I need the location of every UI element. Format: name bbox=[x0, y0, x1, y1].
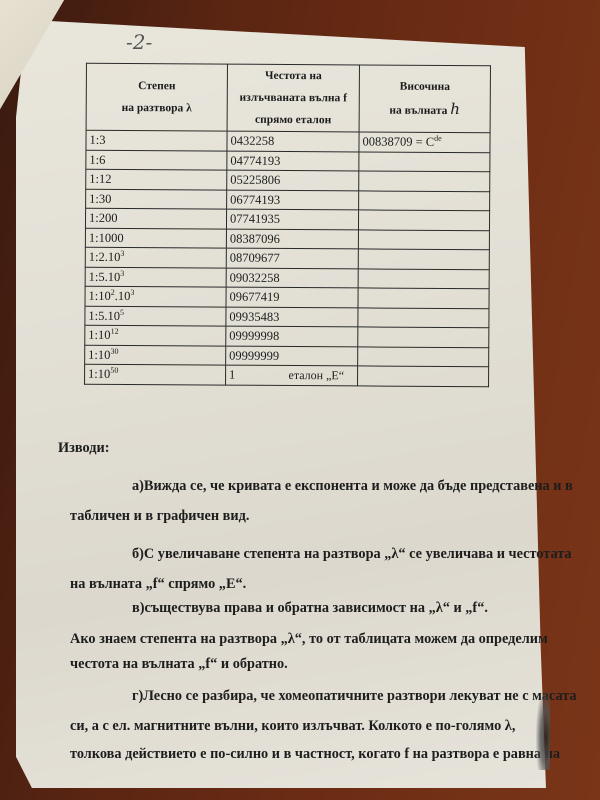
table-row: 1:604774193 bbox=[86, 150, 490, 172]
wave-height-cell bbox=[358, 307, 489, 327]
header-line: Височина bbox=[363, 75, 487, 98]
frequency-cell: 07741935 bbox=[226, 209, 358, 229]
stage-text: 1:3 bbox=[89, 133, 105, 147]
table-row: 1:3006774193 bbox=[86, 189, 490, 211]
frequency-value: 05225806 bbox=[230, 173, 280, 187]
frequency-value: 09999998 bbox=[229, 329, 279, 343]
dilution-stage-cell: 1:5.105 bbox=[85, 306, 226, 326]
table-row: 1:100008387096 bbox=[85, 228, 489, 250]
conclusion-line: а)Вижда се, че кривата е експонента и мо… bbox=[132, 478, 573, 495]
frequency-cell: 0432258 bbox=[227, 131, 359, 151]
header-text: на вълната bbox=[389, 105, 447, 117]
frequency-cell: 09999998 bbox=[226, 326, 358, 346]
frequency-value: 07741935 bbox=[230, 212, 280, 226]
frequency-cell: 06774193 bbox=[227, 190, 359, 210]
stage-text: 1:12 bbox=[89, 172, 111, 186]
stage-exponent: 30 bbox=[110, 346, 118, 355]
frequency-cell: 08387096 bbox=[226, 229, 358, 249]
table-row: 1:10501еталон „E“ bbox=[85, 364, 489, 386]
header-line: спрямо еталон bbox=[231, 109, 356, 132]
header-line: излъчваната вълна f bbox=[231, 87, 356, 110]
frequency-cell: 09032258 bbox=[226, 268, 358, 288]
dilution-stage-cell: 1:2.103 bbox=[85, 247, 226, 267]
wave-height-cell bbox=[358, 327, 489, 347]
table-row: 1:102.10309677419 bbox=[85, 286, 489, 308]
table-row: 1:1205225806 bbox=[86, 169, 490, 191]
stage-exponent: 50 bbox=[110, 366, 118, 375]
conclusion-line: б)С увеличаване степента на разтвора „λ“… bbox=[132, 546, 572, 563]
etalon-note: еталон „E“ bbox=[288, 366, 344, 384]
table-row: 1:101209999998 bbox=[85, 325, 489, 347]
frequency-cell: 09935483 bbox=[226, 307, 358, 327]
dilution-stage-cell: 1:6 bbox=[86, 150, 227, 170]
frequency-cell: 04774193 bbox=[227, 151, 359, 171]
dilution-stage-cell: 1:1030 bbox=[85, 345, 226, 365]
dilution-stage-cell: 1:1012 bbox=[85, 325, 226, 345]
stage-suffix-exponent: 3 bbox=[130, 288, 134, 297]
wave-height-cell bbox=[359, 190, 490, 210]
wave-height-cell bbox=[358, 346, 489, 366]
conclusion-line: табличен и в графичен вид. bbox=[70, 508, 249, 525]
dilution-frequency-table: Степен на разтвора λ Честота на излъчван… bbox=[84, 63, 491, 387]
wave-height-cell bbox=[358, 249, 489, 269]
stage-suffix: .10 bbox=[115, 289, 131, 303]
stage-text: 1:10 bbox=[88, 347, 110, 361]
stage-text: 1:2.10 bbox=[89, 250, 121, 264]
frequency-value: 09677419 bbox=[230, 290, 280, 304]
dilution-stage-cell: 1:30 bbox=[86, 189, 227, 209]
table-row: 1:5.10509935483 bbox=[85, 306, 489, 328]
frequency-value: 09032258 bbox=[230, 270, 280, 284]
frequency-value: 04774193 bbox=[230, 153, 280, 167]
stage-exponent: 5 bbox=[120, 307, 124, 316]
stage-text: 1:1000 bbox=[89, 230, 124, 244]
stage-text: 1:5.10 bbox=[89, 269, 121, 283]
table-row: 1:20007741935 bbox=[85, 208, 489, 230]
stage-exponent: 3 bbox=[120, 268, 124, 277]
frequency-value: 08709677 bbox=[230, 251, 280, 265]
header-frequency: Честота на излъчваната вълна f спрямо ет… bbox=[227, 64, 359, 132]
conclusion-line: в)съществува права и обратна зависимост … bbox=[132, 600, 488, 617]
frequency-value: 09999999 bbox=[229, 348, 279, 362]
header-line: Степен bbox=[90, 75, 224, 98]
stage-text: 1:10 bbox=[89, 289, 111, 303]
wave-height-exponent: de bbox=[434, 134, 442, 143]
dilution-stage-cell: 1:5.103 bbox=[85, 267, 226, 287]
stage-text: 1:30 bbox=[89, 191, 111, 205]
handwritten-height-symbol: h bbox=[450, 100, 460, 118]
wave-height-cell bbox=[359, 171, 490, 191]
frequency-cell: 1еталон „E“ bbox=[226, 365, 358, 385]
frequency-value: 0432258 bbox=[230, 134, 274, 148]
wave-height-cell bbox=[358, 268, 489, 288]
frequency-value: 1 bbox=[229, 368, 235, 382]
stage-text: 1:10 bbox=[88, 367, 110, 381]
stage-text: 1:200 bbox=[89, 211, 118, 225]
header-line: на разтвора λ bbox=[90, 97, 224, 120]
table-row: 1:103009999999 bbox=[85, 345, 489, 367]
header-dilution-stage: Степен на разтвора λ bbox=[86, 63, 227, 131]
frequency-cell: 08709677 bbox=[226, 248, 358, 268]
header-line: Честота на bbox=[231, 65, 356, 88]
stage-text: 1:5.10 bbox=[88, 308, 120, 322]
frequency-cell: 05225806 bbox=[227, 170, 359, 190]
stage-text: 1:10 bbox=[88, 328, 110, 342]
table-row: 1:2.10308709677 bbox=[85, 247, 489, 269]
header-wave-height: Височина на вълната h bbox=[359, 65, 490, 133]
conclusion-line: си, а с ел. магнитните вълни, които излъ… bbox=[70, 718, 515, 735]
table-row: 1:3043225800838709 = Cde bbox=[86, 130, 490, 152]
page-number: -2- bbox=[126, 30, 152, 54]
dilution-stage-cell: 1:200 bbox=[85, 208, 226, 228]
wave-height-cell bbox=[358, 210, 489, 230]
conclusion-line: толкова действието е по-силно и в частно… bbox=[70, 746, 560, 763]
dilution-stage-cell: 1:1000 bbox=[85, 228, 226, 248]
conclusions-heading: Изводи: bbox=[58, 440, 109, 457]
frequency-value: 08387096 bbox=[230, 231, 280, 245]
table-row: 1:5.10309032258 bbox=[85, 267, 489, 289]
stage-text: 1:6 bbox=[89, 152, 105, 166]
frequency-value: 09935483 bbox=[229, 309, 279, 323]
frequency-cell: 09677419 bbox=[226, 287, 358, 307]
wave-height-cell: 00838709 = Cde bbox=[359, 132, 490, 152]
wave-height-cell bbox=[358, 288, 489, 308]
dilution-stage-cell: 1:1050 bbox=[85, 364, 226, 384]
stage-exponent: 3 bbox=[120, 249, 124, 258]
conclusion-line: г)Лесно се разбира, че хомеопатичните ра… bbox=[132, 688, 577, 705]
wave-height-cell bbox=[358, 229, 489, 249]
dilution-stage-cell: 1:3 bbox=[86, 130, 227, 150]
wave-height-value: 00838709 = C bbox=[362, 134, 434, 148]
wave-height-cell bbox=[359, 151, 490, 171]
header-line: на вълната h bbox=[363, 97, 487, 122]
stage-exponent: 12 bbox=[111, 327, 119, 336]
conclusion-line: на вълната „f“ спрямо „E“. bbox=[70, 576, 246, 593]
table-header-row: Степен на разтвора λ Честота на излъчван… bbox=[86, 63, 490, 132]
frequency-cell: 09999999 bbox=[226, 346, 358, 366]
page-stain bbox=[536, 690, 550, 770]
dilution-stage-cell: 1:12 bbox=[86, 169, 227, 189]
frequency-value: 06774193 bbox=[230, 192, 280, 206]
conclusion-line: Ако знаем степента на разтвора „λ“, то о… bbox=[70, 631, 548, 648]
dilution-stage-cell: 1:102.103 bbox=[85, 286, 226, 306]
wave-height-cell bbox=[358, 366, 489, 386]
table-body: 1:3043225800838709 = Cde1:6047741931:120… bbox=[85, 130, 491, 386]
conclusion-line: честота на вълната „f“ и обратно. bbox=[70, 656, 288, 673]
